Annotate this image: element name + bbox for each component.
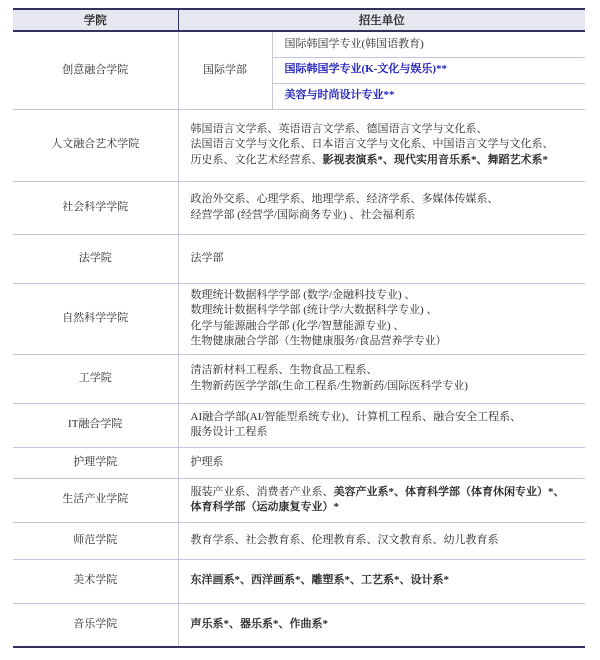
units-cell: 声乐系*、器乐系*、作曲系* — [178, 603, 585, 647]
college-cell: IT融合学院 — [13, 403, 178, 447]
table-row: 自然科学学院数理统计数据科学学部 (数学/金融科技专业) 、数理统计数据科学学部… — [13, 283, 585, 354]
units-cell: AI融合学部(AI/智能型系统专业)、计算机工程系、融合安全工程系、服务设计工程… — [178, 403, 585, 447]
college-cell: 工学院 — [13, 354, 178, 403]
table-row: 社会科学学院政治外交系、心理学系、地理学系、经济学系、多媒体传媒系、经营学部 (… — [13, 181, 585, 234]
units-cell: 东洋画系*、西洋画系*、雕塑系*、工艺系*、设计系* — [178, 559, 585, 603]
units-line: 政治外交系、心理学系、地理学系、经济学系、多媒体传媒系、 — [191, 192, 578, 208]
college-cell: 法学院 — [13, 234, 178, 283]
table-row: 美术学院东洋画系*、西洋画系*、雕塑系*、工艺系*、设计系* — [13, 559, 585, 603]
units-line: 法学部 — [191, 251, 578, 267]
table-row: 护理学院护理系 — [13, 447, 585, 478]
column-header-college: 学院 — [13, 9, 178, 31]
college-cell: 生活产业学院 — [13, 478, 178, 522]
units-cell: 政治外交系、心理学系、地理学系、经济学系、多媒体传媒系、经营学部 (经营学/国际… — [178, 181, 585, 234]
units-line: 法国语言文学与文化系、日本语言文学与文化系、中国语言文学与文化系、 — [191, 137, 578, 153]
column-header-unit: 招生单位 — [178, 9, 585, 31]
college-cell: 创意融合学院 — [13, 31, 178, 109]
units-cell: 清洁新材料工程系、生物食品工程系、生物新药医学学部(生命工程系/生物新药/国际医… — [178, 354, 585, 403]
table-row: 法学院法学部 — [13, 234, 585, 283]
table-row: 人文融合艺术学院韩国语言文学系、英语语言文学系、德国语言文学与文化系、法国语言文… — [13, 109, 585, 181]
admission-units-table: 学院 招生单位 创意融合学院国际学部国际韩国学专业(韩国语教育)国际韩国学专业(… — [13, 8, 585, 648]
units-line: 声乐系*、器乐系*、作曲系* — [191, 617, 578, 633]
subunit-cell: 国际学部 — [178, 31, 272, 109]
units-line: 化学与能源融合学部 (化学/智慧能源专业) 、 — [191, 319, 578, 335]
units-line: 经营学部 (经营学/国际商务专业) 、社会福利系 — [191, 208, 578, 224]
units-line: 护理系 — [191, 455, 578, 471]
units-line: 生物健康融合学部（生物健康服务/食品营养学专业） — [191, 334, 578, 350]
units-line: 清洁新材料工程系、生物食品工程系、 — [191, 363, 578, 379]
college-cell: 社会科学学院 — [13, 181, 178, 234]
specialty-cell: 国际韩国学专业(K-文化与娱乐)** — [272, 57, 585, 83]
college-cell: 音乐学院 — [13, 603, 178, 647]
college-cell: 美术学院 — [13, 559, 178, 603]
units-cell: 韩国语言文学系、英语语言文学系、德国语言文学与文化系、法国语言文学与文化系、日本… — [178, 109, 585, 181]
units-line: AI融合学部(AI/智能型系统专业)、计算机工程系、融合安全工程系、 — [191, 410, 578, 426]
page: 学院 招生单位 创意融合学院国际学部国际韩国学专业(韩国语教育)国际韩国学专业(… — [0, 0, 600, 660]
table-row: 生活产业学院服装产业系、消费者产业系、美容产业系*、体育科学部（体育休闲专业）*… — [13, 478, 585, 522]
specialty-cell: 美容与时尚设计专业** — [272, 83, 585, 109]
college-cell: 自然科学学院 — [13, 283, 178, 354]
table-row: 工学院清洁新材料工程系、生物食品工程系、生物新药医学学部(生命工程系/生物新药/… — [13, 354, 585, 403]
units-line: 服装产业系、消费者产业系、美容产业系*、体育科学部（体育休闲专业）*、 — [191, 485, 578, 501]
units-line: 数理统计数据科学学部 (统计学/大数据科学专业) 、 — [191, 303, 578, 319]
header-row: 学院 招生单位 — [13, 9, 585, 31]
units-line: 历史系、文化艺术经营系、影视表演系*、现代实用音乐系*、舞蹈艺术系* — [191, 153, 578, 169]
college-cell: 护理学院 — [13, 447, 178, 478]
units-cell: 护理系 — [178, 447, 585, 478]
table-row: 创意融合学院国际学部国际韩国学专业(韩国语教育) — [13, 31, 585, 57]
units-cell: 数理统计数据科学学部 (数学/金融科技专业) 、数理统计数据科学学部 (统计学/… — [178, 283, 585, 354]
table-body: 创意融合学院国际学部国际韩国学专业(韩国语教育)国际韩国学专业(K-文化与娱乐)… — [13, 31, 585, 647]
units-cell: 教育学系、社会教育系、伦理教育系、汉文教育系、幼儿教育系 — [178, 522, 585, 559]
table-header: 学院 招生单位 — [13, 9, 585, 31]
table-row: 音乐学院声乐系*、器乐系*、作曲系* — [13, 603, 585, 647]
units-line: 教育学系、社会教育系、伦理教育系、汉文教育系、幼儿教育系 — [191, 533, 578, 549]
units-line: 生物新药医学学部(生命工程系/生物新药/国际医科学专业) — [191, 379, 578, 395]
college-cell: 师范学院 — [13, 522, 178, 559]
units-line: 数理统计数据科学学部 (数学/金融科技专业) 、 — [191, 288, 578, 304]
units-line: 东洋画系*、西洋画系*、雕塑系*、工艺系*、设计系* — [191, 573, 578, 589]
units-line: 体育科学部（运动康复专业）* — [191, 500, 578, 516]
table-row: 师范学院教育学系、社会教育系、伦理教育系、汉文教育系、幼儿教育系 — [13, 522, 585, 559]
college-cell: 人文融合艺术学院 — [13, 109, 178, 181]
units-cell: 法学部 — [178, 234, 585, 283]
units-line: 韩国语言文学系、英语语言文学系、德国语言文学与文化系、 — [191, 122, 578, 138]
specialty-cell: 国际韩国学专业(韩国语教育) — [272, 31, 585, 57]
units-line: 服务设计工程系 — [191, 425, 578, 441]
table-row: IT融合学院AI融合学部(AI/智能型系统专业)、计算机工程系、融合安全工程系、… — [13, 403, 585, 447]
units-cell: 服装产业系、消费者产业系、美容产业系*、体育科学部（体育休闲专业）*、体育科学部… — [178, 478, 585, 522]
